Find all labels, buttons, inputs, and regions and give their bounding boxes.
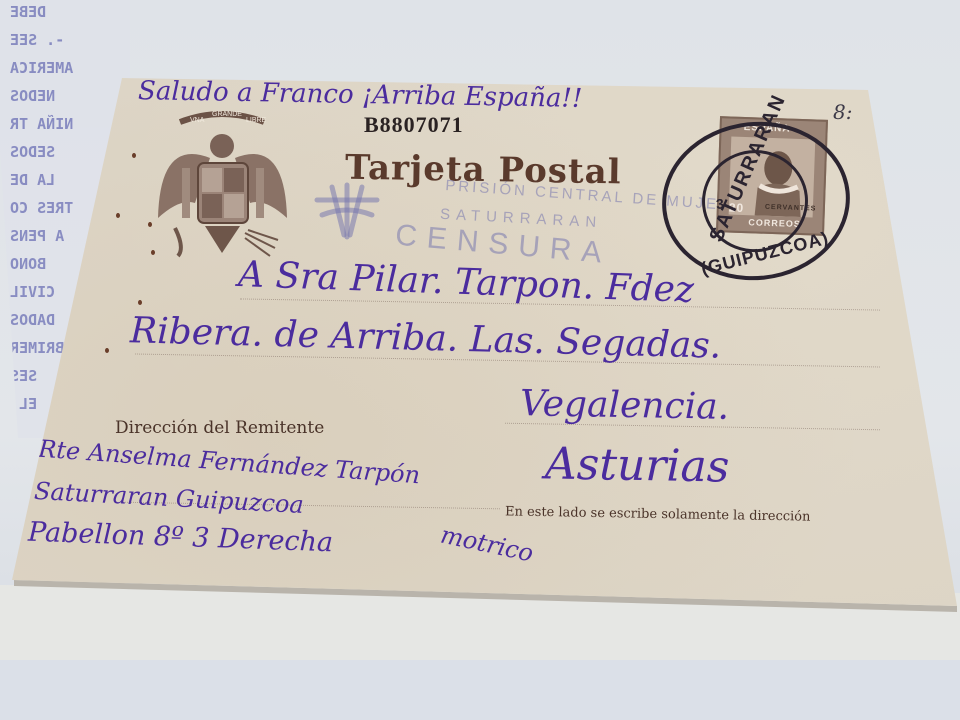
bottom-paper-sheet	[0, 660, 960, 720]
coat-of-arms-icon: VNA GRANDE LIBRE	[150, 108, 295, 258]
svg-text:VNA: VNA	[190, 117, 205, 124]
postmark-date: 3	[715, 195, 724, 212]
typed-line: -. SEE	[0, 26, 130, 54]
sender-line-3: Pabellon 8º 3 Derecha	[28, 517, 334, 559]
sender-address-label: Dirección del Remitente	[115, 418, 324, 438]
recipient-line-4: Asturias	[545, 438, 730, 492]
hole-mark	[116, 213, 120, 218]
recipient-line-2: Ribera. de Arriba. Las. Segadas.	[130, 310, 722, 366]
typed-line: DEBE	[0, 0, 130, 26]
yoke-and-arrows-icon	[312, 175, 382, 245]
sender-line-4: motrico	[438, 521, 536, 568]
recipient-line-3: Vegalencia.	[520, 383, 730, 428]
recipient-line-1: A Sra Pilar. Tarpon. Fdez	[237, 254, 694, 311]
address-side-note: En este lado se escribe solamente la dir…	[505, 504, 811, 524]
hole-mark	[138, 300, 142, 305]
typed-line: NEDOS	[0, 82, 130, 110]
hole-mark	[132, 153, 136, 158]
svg-text:GRANDE: GRANDE	[212, 111, 242, 118]
hole-mark	[105, 348, 109, 353]
svg-text:LIBRE: LIBRE	[246, 117, 267, 124]
sender-line-2: Saturraran Guipuzcoa	[33, 477, 304, 519]
typed-line: AMERICA	[0, 54, 130, 82]
serial-number: B8807071	[364, 112, 464, 138]
corner-number: 8:	[833, 100, 852, 124]
